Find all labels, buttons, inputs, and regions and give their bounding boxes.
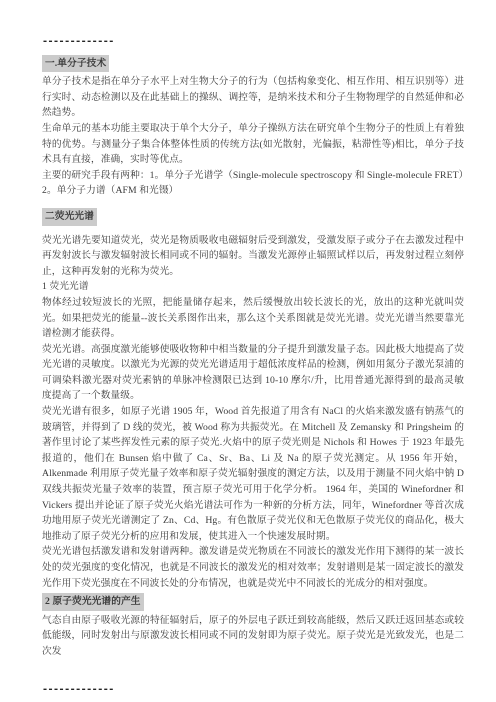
paragraph-excitation-emission-spectra: 荧光光谱包括激发谱和发射谱两种。激发谱是荧光物质在不同波长的激发光作用下测得的某…: [42, 544, 464, 591]
divider-dashes-bottom: -------------: [42, 682, 464, 698]
paragraph-atomic-fluorescence-history: 荧光光谱有很多，如原子光谱 1905 年，Wood 首先报道了用含有 NaCl …: [42, 404, 464, 544]
subheading-fluorescence-spectrum: 1 荧光光谱: [42, 279, 464, 295]
heading-highlight: 二荧光光谱: [42, 208, 97, 226]
paragraph-research-methods-force: 2。单分子力谱（AFM 和光镊）: [42, 183, 464, 199]
heading-highlight: 2 原子荧光光谱的产生: [42, 593, 144, 611]
paragraph-research-methods-spectroscopy: 主要的研究手段有两种：1。单分子光谱学（Single-molecule spec…: [42, 168, 464, 184]
heading-fluorescence-spectrum: 二荧光光谱: [42, 208, 464, 226]
paragraph-fluorescence-intro: 荧光光谱先要知道荧光，荧光是物质吸收电磁辐射后受到激发，受激发原子或分子在去激发…: [42, 233, 464, 280]
heading-highlight: 一.单分子技术: [42, 55, 109, 73]
paragraph-atomic-fluorescence-mechanism: 气态自由原子吸收光源的特征辐射后，原子的外层电子跃迁到较高能级，然后又跃迁返回基…: [42, 613, 464, 660]
heading-atomic-fluorescence-generation: 2 原子荧光光谱的产生: [42, 593, 464, 611]
document-page: ------------- 一.单分子技术 单分子技术是指在单分子水平上对生物大…: [0, 0, 496, 697]
paragraph-single-molecule-definition: 单分子技术是指在单分子水平上对生物大分子的行为（包括构象变化、相互作用、相互识别…: [42, 74, 464, 121]
paragraph-laser-fluorescence-sensitivity: 荧光光谱。高强度激光能够使吸收物种中相当数量的分子提升到激发量子态。因此极大地提…: [42, 342, 464, 404]
heading-single-molecule-technique: 一.单分子技术: [42, 55, 464, 73]
paragraph-fluorescence-energy-wavelength: 物体经过较短波长的光照，把能量储存起来，然后缓慢放出较长波长的光，放出的这种光就…: [42, 295, 464, 342]
paragraph-life-unit-function: 生命单元的基本功能主要取决于单个大分子，单分子操纵方法在研究单个生物分子的性质上…: [42, 121, 464, 168]
divider-dashes-top: -------------: [42, 34, 464, 50]
